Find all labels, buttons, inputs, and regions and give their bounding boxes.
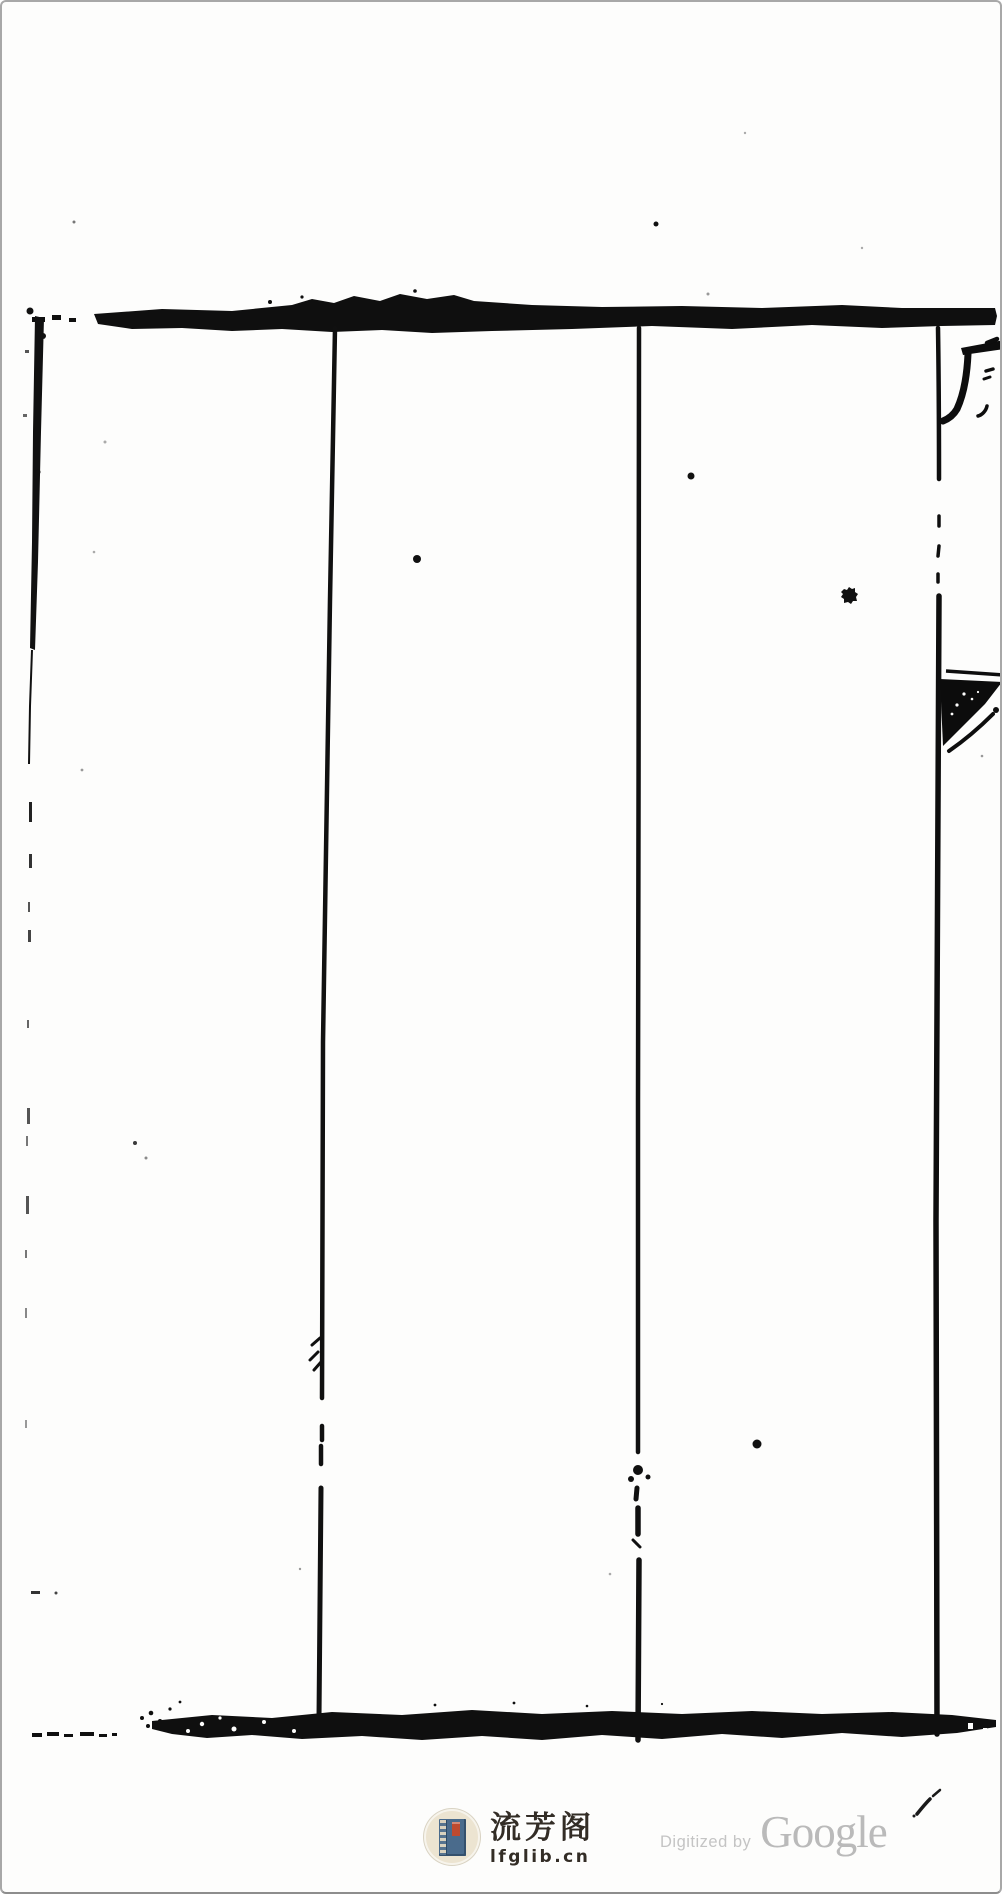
ink-splat-divider-2 — [628, 1465, 651, 1482]
partial-character-fragment — [943, 339, 1002, 421]
ink-flick — [913, 1790, 941, 1818]
bottom-border-rule — [32, 1701, 996, 1740]
lfglib-logo — [426, 1811, 478, 1863]
ink-specks — [73, 132, 864, 1575]
scanned-page: 流芳阁 lfglib.cn Digitized by Google — [0, 0, 1002, 1894]
woodblock-ink-layer — [2, 2, 1002, 1894]
column-divider-1 — [310, 328, 335, 1718]
top-border-rule — [32, 289, 997, 333]
watermark-domain: lfglib.cn — [490, 1847, 595, 1867]
left-border-rule — [23, 308, 58, 1595]
ink-speck-star — [841, 587, 858, 604]
watermark-title: 流芳阁 — [490, 1813, 595, 1844]
book-spine — [440, 1820, 447, 1855]
book-icon — [439, 1819, 466, 1856]
column-divider-3 — [936, 328, 939, 1734]
book-label — [452, 1822, 460, 1836]
column-divider-2 — [633, 328, 640, 1740]
watermark-lfglib: 流芳阁 lfglib.cn — [426, 1811, 595, 1867]
watermark-text: 流芳阁 lfglib.cn — [490, 1811, 595, 1867]
digitized-by-label: Digitized by — [660, 1833, 751, 1852]
google-wordmark: Google — [760, 1814, 886, 1850]
google-credit: Digitized by Google — [660, 1814, 887, 1852]
ink-blot-triangle — [940, 671, 1002, 757]
